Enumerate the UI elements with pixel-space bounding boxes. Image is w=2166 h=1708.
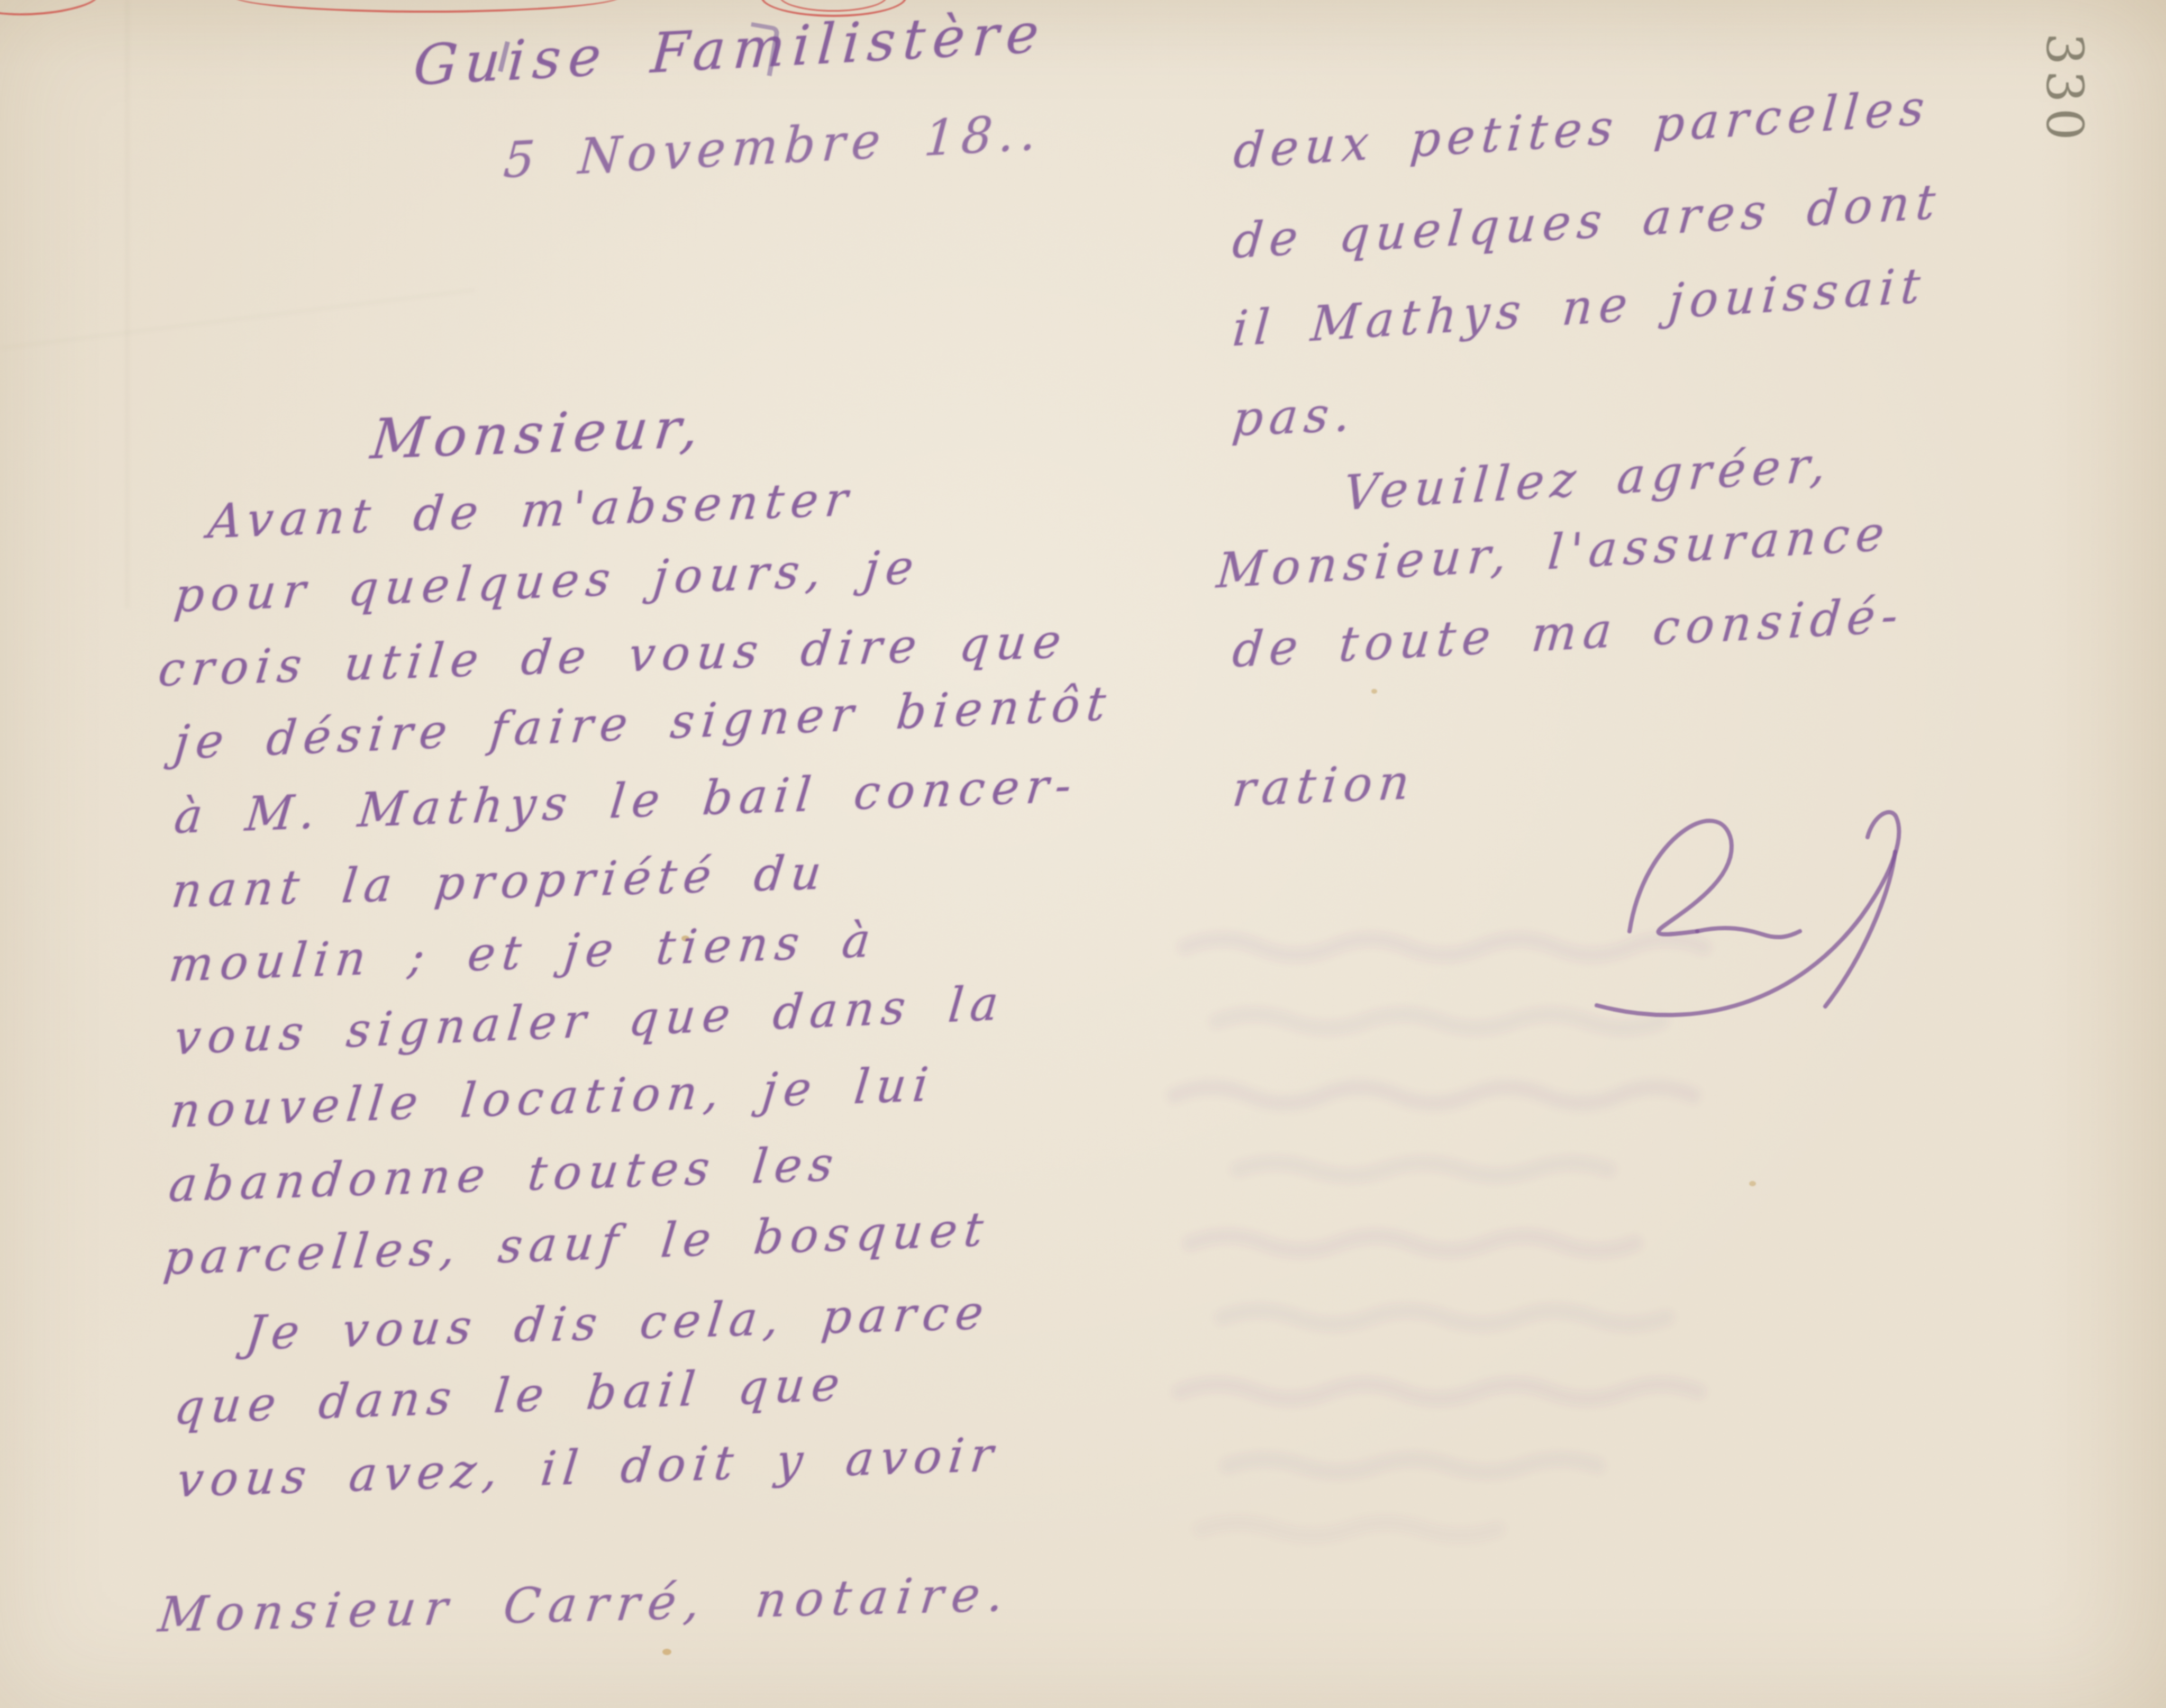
letter-line: parcelles, sauf le bosquet (161, 1206, 992, 1282)
annotation-addressee: Monsieur Carré, notaire. (156, 1570, 1015, 1639)
foxing-speck (662, 1649, 671, 1655)
letter-line: nant la propriété du (169, 849, 831, 914)
letter-line: il Mathys ne jouissait (1231, 262, 1928, 353)
verso-show-through (1143, 910, 2032, 1577)
letterhead-remnant-arc (232, 0, 622, 13)
letter-line: Monsieur, l'assurance (1215, 510, 1892, 596)
letter-line: je désire faire signer bientôt (172, 680, 1115, 766)
signature-godin: Godin (1550, 757, 1963, 1042)
letter-line: pas. (1231, 390, 1359, 443)
letter-line: à M. Mathys le bail concer- (172, 762, 1080, 840)
letter-line: de quelques ares dont (1231, 178, 1943, 266)
letter-line: abandonne toutes les (167, 1141, 842, 1209)
letter-line: deux petites parcelles (1232, 84, 1933, 176)
letterhead-remnant-arc (0, 0, 101, 19)
letterhead-date-line: 5 Novembre 18.. (502, 108, 1044, 185)
letter-line: moulin ; et je tiens à (167, 917, 879, 988)
paper-crease (2, 288, 475, 351)
letter-line: crois utile de vous dire que (156, 618, 1070, 693)
letter-line: nouvelle location, je lui (168, 1061, 937, 1134)
foxing-speck (1371, 689, 1377, 694)
letter-line: que dans le bail que (172, 1360, 849, 1431)
letter-line: Je vous dis cela, parce (243, 1289, 993, 1357)
letterhead-place-line: Guise Familistère (412, 5, 1048, 93)
letter-line: de toute ma considé- (1231, 592, 1906, 675)
paper-crease (126, 0, 130, 608)
letter-line: pour quelques jours, je (172, 544, 923, 620)
letter-line: Veuillez agréer, (1342, 441, 1834, 517)
letter-line: vous avez, il doit y avoir (175, 1431, 1002, 1504)
page-number: 330 (2035, 33, 2094, 146)
letter-line: vous signaler que dans la (172, 980, 1007, 1061)
letter-page: 330 Guise Familistère 5 Novembre 18.. Mo… (0, 0, 2166, 1708)
letter-line: Avant de m'absenter (206, 476, 857, 545)
foxing-speck (1749, 1181, 1756, 1186)
salutation: Monsieur, (369, 400, 708, 467)
letter-line: ration (1231, 758, 1418, 814)
